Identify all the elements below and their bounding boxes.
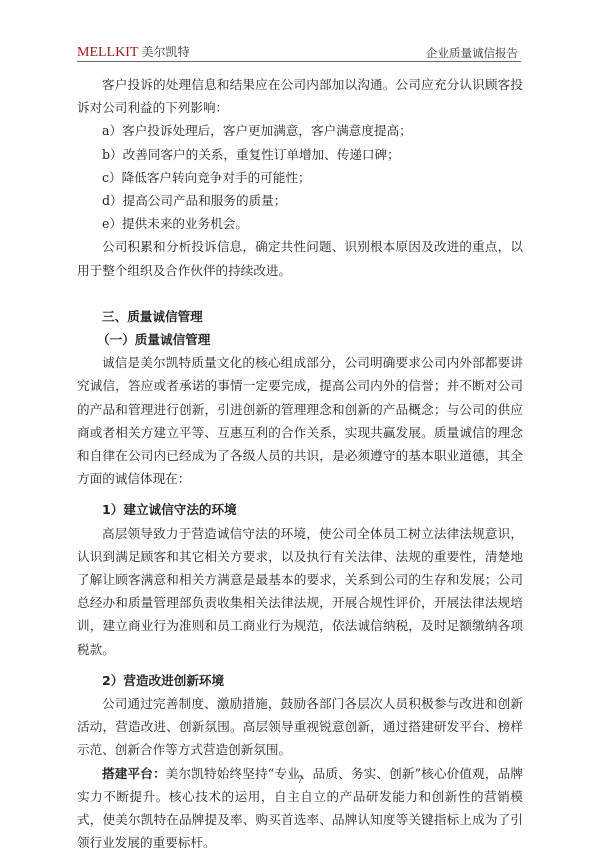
brand-name-en: MELLKIT [77,45,138,60]
spacer [77,661,523,669]
item1-paragraph: 高层领导致力于营造诚信守法的环境，使公司全体员工树立法律法规意识，认识到满足顾客… [77,522,523,661]
page-number: 7 [0,775,600,786]
item2-paragraph: 公司通过完善制度、激励措施，鼓励各部门各层次人员积极参与改进和创新活动，营造改进… [77,692,523,762]
impact-item-e: e）提供未来的业务机会。 [77,212,523,235]
impact-item-b: b）改善同客户的关系，重复性订单增加、传递口碑； [77,143,523,166]
impact-item-c: c）降低客户转向竞争对手的可能性； [77,166,523,189]
analysis-paragraph: 公司积累和分析投诉信息，确定共性问题、识别根本原因及改进的重点，以用于整个组织及… [77,235,523,281]
impact-item-d: d）提高公司产品和服务的质量； [77,189,523,212]
section-heading: 三、质量诚信管理 [77,305,523,328]
page-header: MELLKIT美尔凯特 企业质量诚信报告 [77,44,521,62]
intro-paragraph: 客户投诉的处理信息和结果应在公司内部加以沟通。公司应充分认识顾客投诉对公司利益的… [77,73,523,119]
spacer [77,490,523,498]
brand-name-cn: 美尔凯特 [141,45,189,59]
page-content: 客户投诉的处理信息和结果应在公司内部加以沟通。公司应充分认识顾客投诉对公司利益的… [77,73,523,848]
item1-heading: 1）建立诚信守法的环境 [77,498,523,521]
spacer [77,282,523,305]
subsection-heading: （一）质量诚信管理 [77,328,523,351]
report-title: 企业质量诚信报告 [426,46,518,60]
subsection-paragraph: 诚信是美尔凯特质量文化的核心组成部分，公司明确要求公司内外部都要讲究诚信，答应或… [77,351,523,490]
item2-heading: 2）营造改进创新环境 [77,669,523,692]
impact-item-a: a）客户投诉处理后，客户更加满意，客户满意度提高； [77,119,523,142]
brand-logo: MELLKIT美尔凯特 [77,44,189,61]
